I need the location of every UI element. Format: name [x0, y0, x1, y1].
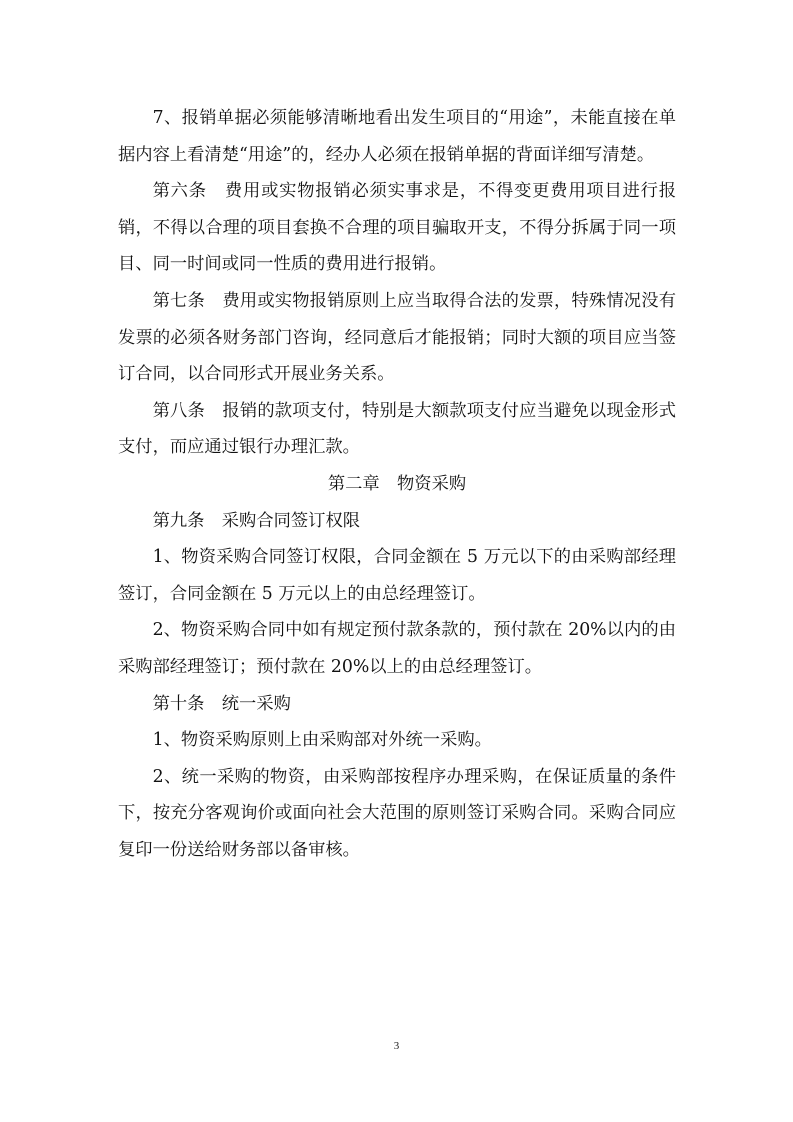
paragraph-item-10-1: 1、物资采购原则上由采购部对外统一采购。	[118, 722, 676, 759]
page-number: 3	[0, 1040, 793, 1052]
article-7: 第七条费用或实物报销原则上应当取得合法的发票，特殊情况没有发票的必须各财务部门咨…	[118, 283, 676, 393]
article-6: 第六条费用或实物报销必须实事求是，不得变更费用项目进行报销，不得以合理的项目套换…	[118, 173, 676, 283]
article-text: 统一采购	[222, 694, 291, 714]
article-heading: 第十条	[153, 694, 205, 714]
paragraph-item-9-1: 1、物资采购合同签订权限，合同金额在 5 万元以下的由采购部经理签订，合同金额在…	[118, 539, 676, 612]
article-heading: 第七条	[153, 291, 205, 311]
article-heading: 第九条	[153, 511, 205, 531]
chapter-text: 物资采购	[397, 474, 466, 494]
article-10: 第十条统一采购	[118, 686, 676, 723]
article-heading: 第六条	[153, 181, 207, 201]
chapter-heading: 第二章	[328, 474, 380, 494]
article-heading: 第八条	[153, 401, 205, 421]
paragraph-item-9-2: 2、物资采购合同中如有规定预付款条款的，预付款在 20%以内的由采购部经理签订；…	[118, 612, 676, 685]
chapter-title: 第二章物资采购	[118, 466, 676, 503]
article-9: 第九条采购合同签订权限	[118, 503, 676, 540]
article-text: 采购合同签订权限	[222, 511, 360, 531]
document-body: 7、报销单据必须能够清晰地看出发生项目的“用途”，未能直接在单据内容上看清楚“用…	[118, 100, 676, 868]
document-page: 7、报销单据必须能够清晰地看出发生项目的“用途”，未能直接在单据内容上看清楚“用…	[0, 0, 793, 1122]
paragraph-item-10-2: 2、统一采购的物资，由采购部按程序办理采购，在保证质量的条件下，按充分客观询价或…	[118, 759, 676, 869]
paragraph-item-7: 7、报销单据必须能够清晰地看出发生项目的“用途”，未能直接在单据内容上看清楚“用…	[118, 100, 676, 173]
article-8: 第八条报销的款项支付，特别是大额款项支付应当避免以现金形式支付，而应通过银行办理…	[118, 393, 676, 466]
